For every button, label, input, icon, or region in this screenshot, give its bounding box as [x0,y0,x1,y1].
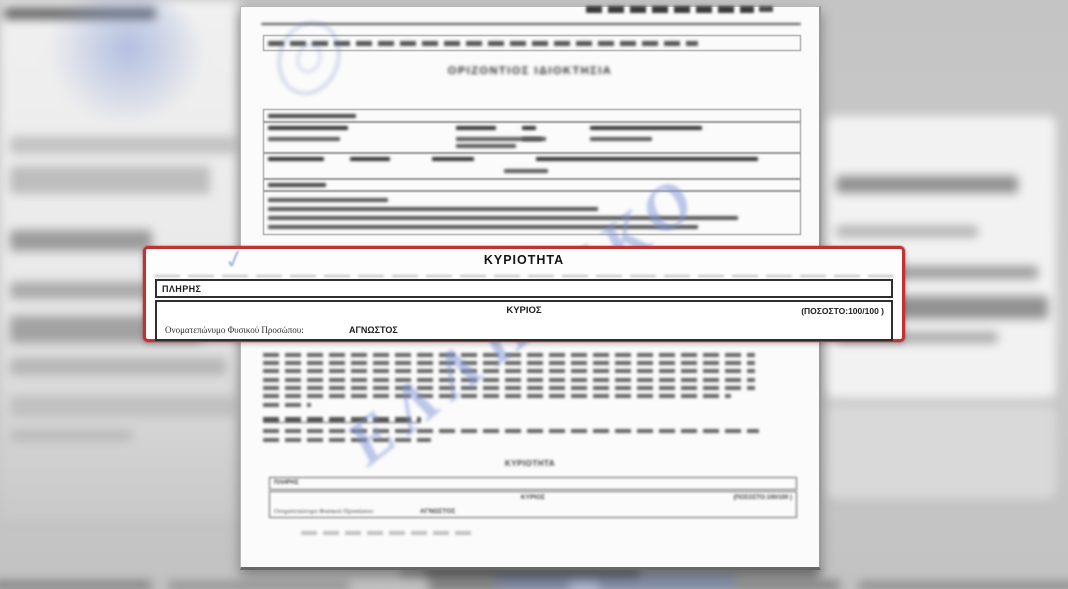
blurred-cell-value [268,137,340,141]
blurred-label [268,183,326,187]
ownership-type-value: ΠΛΗΡΗΣ [157,281,891,294]
bottom-ownership-type-box: ΠΛΗΡΗΣ [269,477,797,490]
bottom-ownership-type: ΠΛΗΡΗΣ [274,480,299,486]
blurred-bar [10,136,236,154]
blurred-paragraph-line [263,403,311,407]
form-box-address [263,122,801,153]
blurred-bar [10,396,236,417]
blurred-column-header [350,157,390,161]
bottom-owner-name-value: ΑΓΝΩΣΤΟΣ [420,508,455,515]
blurred-label [268,114,356,118]
bottom-owner-role: ΚΥΡΙΟΣ [270,494,796,501]
blurred-column-header [456,126,496,130]
blurred-bar [10,282,162,299]
ownership-type-box: ΠΛΗΡΗΣ [155,279,893,298]
blurred-bottom-strip [168,582,350,589]
blurred-text-line [268,207,598,211]
watermark-stroke-icon: ✓ [221,243,249,277]
blurred-paragraph-line [263,378,755,382]
blurred-bottom-strip [0,581,152,589]
blurred-cell-value [504,169,548,173]
blurred-paragraph-line [263,386,755,390]
scan-artifact-line [154,275,894,277]
ownership-percentage: (ΠΟΣΟΣΤΟ:100/100 ) [801,306,884,316]
document-title: ΟΡΙΖΟΝΤΙΟΣ ΙΔΙΟΚΤΗΣΙΑ [241,65,819,77]
blurred-bar [836,176,1018,193]
owner-name-value: ΑΓΝΩΣΤΟΣ [349,325,398,335]
bottom-section-title: ΚΥΡΙΟΤΗΤΑ [241,459,819,468]
highlight-panel: ✓ ΚΥΡΙΟΤΗΤΑ ΠΛΗΡΗΣ ΚΥΡΙΟΣ (ΠΟΣΟΣΤΟ:100/1… [143,246,905,342]
owner-role-label: ΚΥΡΙΟΣ [157,305,891,316]
blurred-paragraph-line [263,394,731,398]
blurred-bottom-strip [858,582,1068,589]
form-box-thin [263,179,801,191]
blurred-column-header [536,157,758,161]
blurred-column-header [268,157,324,161]
form-box-category [263,109,801,122]
blurred-bar [10,230,152,251]
bottom-owner-name-label: Ονοματεπώνυμο Φυσικού Προσώπου: [274,508,374,515]
owner-name-label: Ονοματεπώνυμο Φυσικού Προσώπου: [165,325,304,335]
blurred-bar [10,166,210,194]
bottom-percentage: (ΠΟΣΟΣΤΟ:100/100 ) [734,495,792,501]
blurred-cell-value [456,144,516,148]
blurred-bar [10,430,132,441]
blurred-header-text [586,6,754,13]
blurred-bar [836,226,978,237]
form-box-area [263,153,801,179]
top-rule [261,23,801,25]
highlight-section-title: ΚΥΡΙΟΤΗΤΑ [146,253,902,267]
screenshot-root: ΟΡΙΖΟΝΤΙΟΣ ΙΔΙΟΚΤΗΣΙΑ [0,0,1068,589]
blurred-text-line [268,198,388,202]
bottom-owner-box: ΚΥΡΙΟΣ (ΠΟΣΟΣΤΟ:100/100 ) Ονοματεπώνυμο … [269,491,797,518]
blurred-cell-value [590,137,652,141]
blurred-column-header [432,157,474,161]
owner-box: ΚΥΡΙΟΣ (ΠΟΣΟΣΤΟ:100/100 ) Ονοματεπώνυμο … [155,300,893,341]
blurred-bar [10,358,226,375]
blurred-column-header [522,126,536,130]
header-info-box [263,35,801,51]
blurred-cell-value [522,137,546,141]
blurred-header-mark [759,6,773,12]
form-box-notes [263,191,801,235]
blurred-column-header [268,126,348,130]
background-card-right-lower [826,406,1056,498]
blurred-column-header [590,126,702,130]
blurred-faint-line [301,531,477,535]
